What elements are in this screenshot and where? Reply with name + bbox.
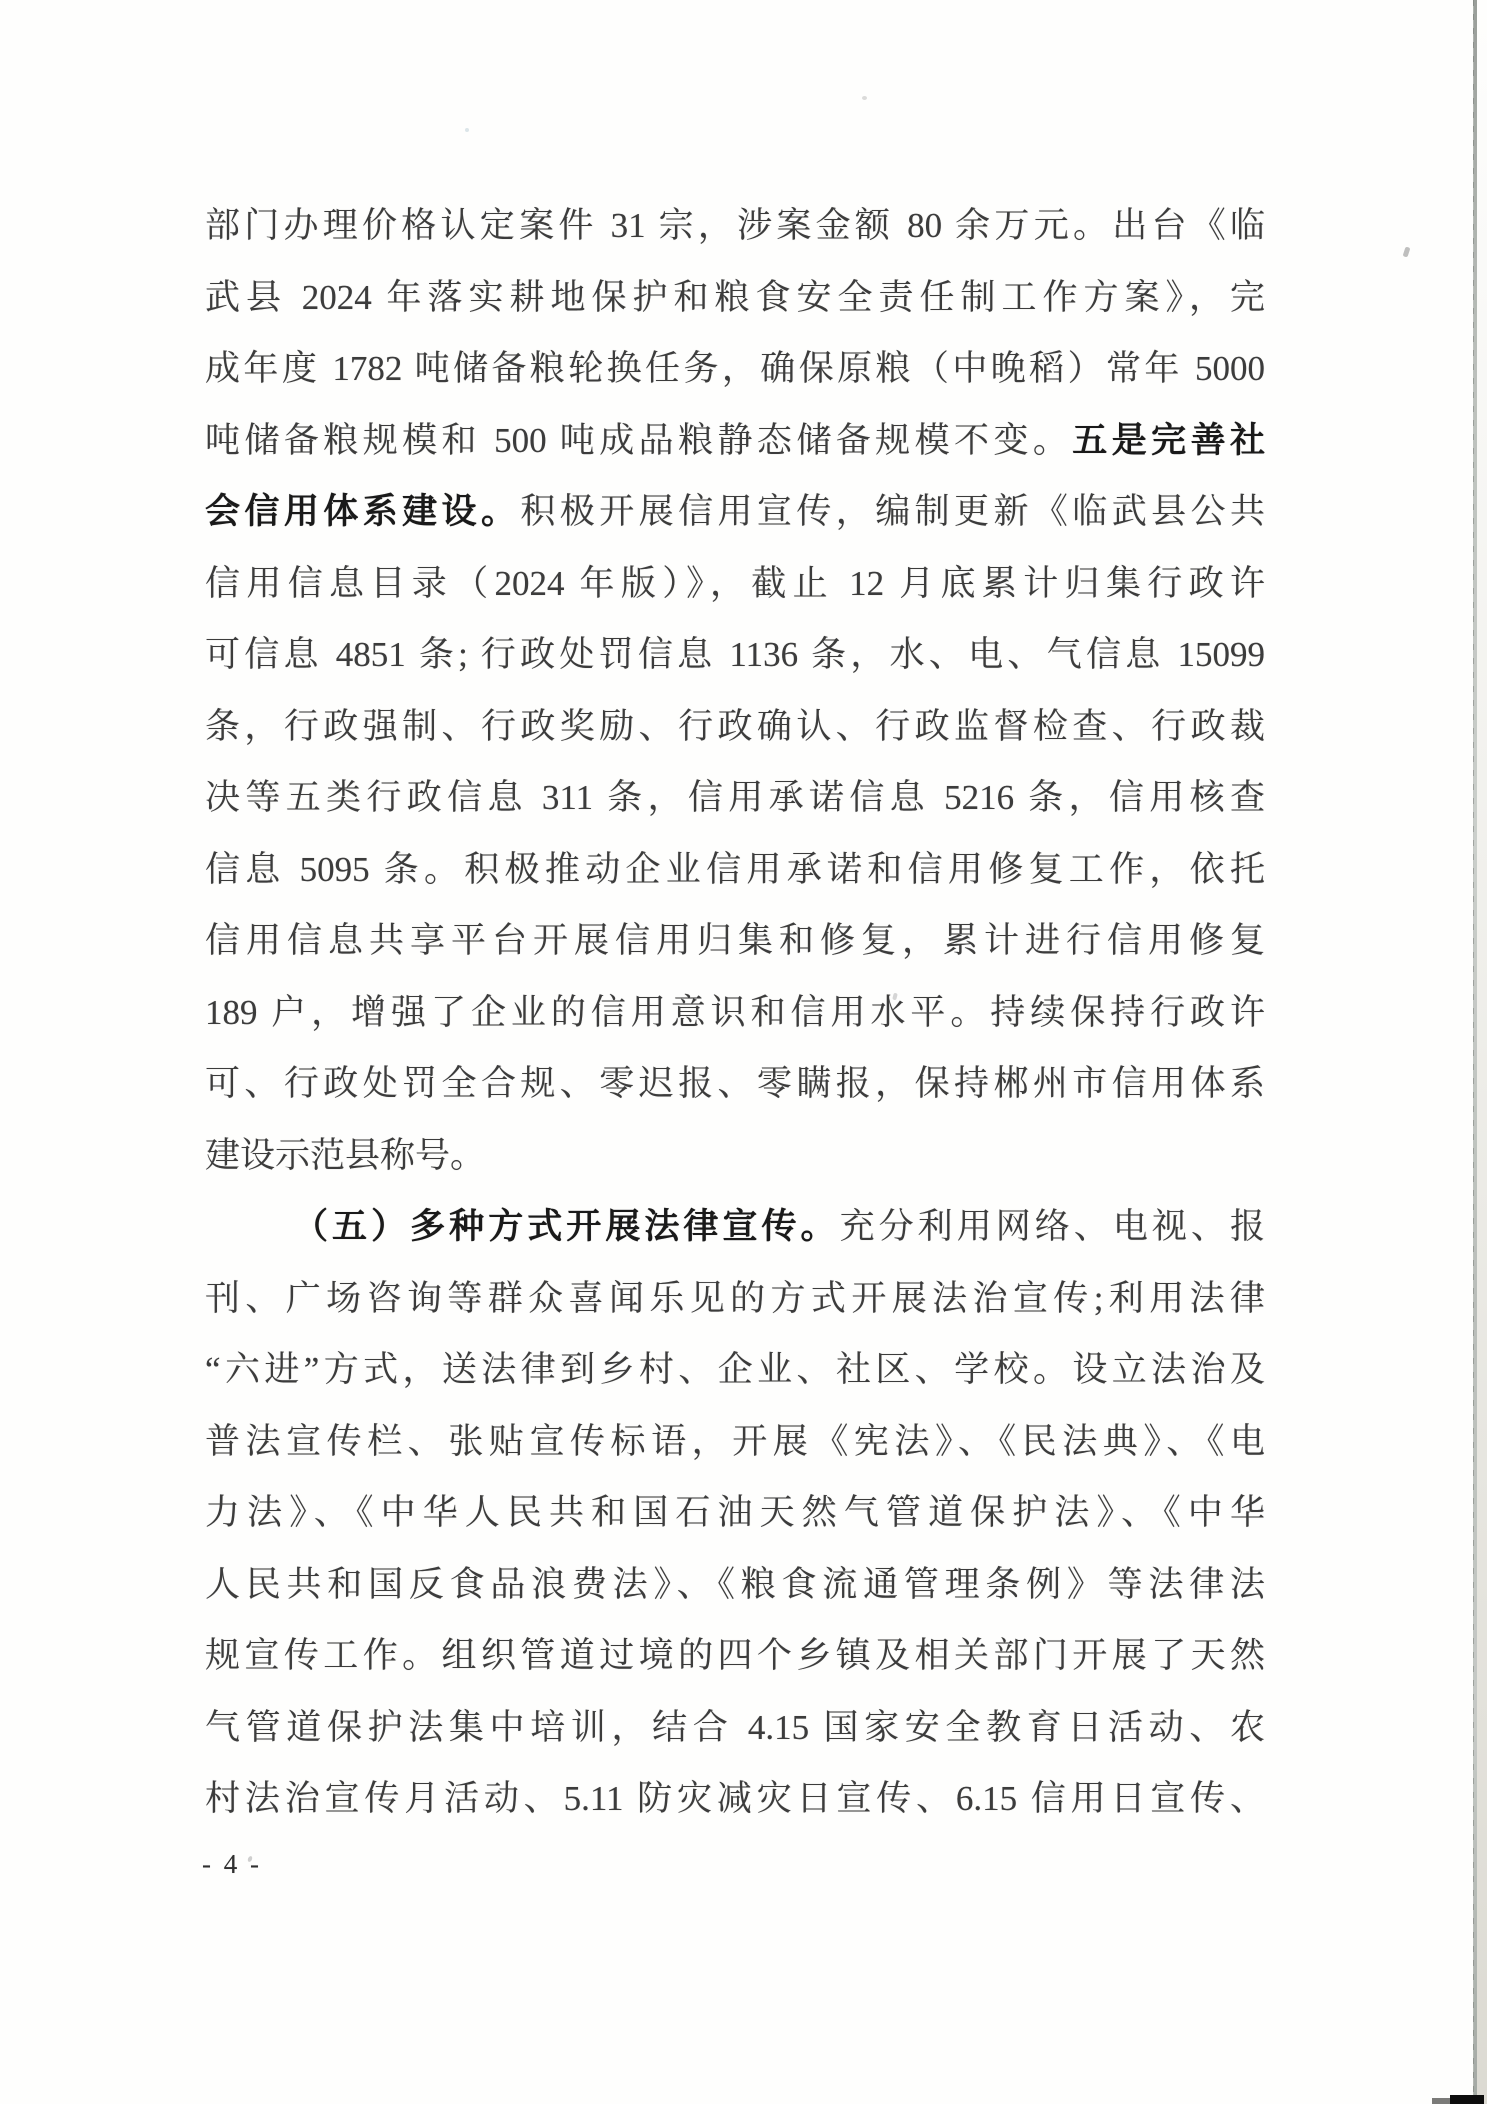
- text-line: 武县 2024 年落实耕地保护和粮食安全责任制工作方案》，完: [205, 262, 1265, 334]
- text-segment: 189 户，增强了企业的信用意识和信用水平。持续保持行政许: [205, 993, 1265, 1032]
- text-segment: 气管道保护法集中培训，结合 4.15 国家安全教育日活动、农: [205, 1708, 1265, 1747]
- text-segment: 力法》、《中华人民共和国石油天然气管道保护法》、《中华: [205, 1493, 1265, 1532]
- scan-corner-mark: [1450, 2095, 1484, 2104]
- text-line: 成年度 1782 吨储备粮轮换任务，确保原粮（中晚稻）常年 5000: [205, 333, 1265, 405]
- text-line: 村法治宣传月活动、5.11 防灾减灾日宣传、6.15 信用日宣传、: [205, 1763, 1265, 1835]
- text-segment: 部门办理价格认定案件 31 宗，涉案金额 80 余万元。出台《临: [205, 206, 1265, 245]
- text-line: 建设示范县称号。: [205, 1120, 1265, 1192]
- text-segment: 人民共和国反食品浪费法》、《粮食流通管理条例》等法律法: [205, 1565, 1265, 1604]
- text-segment: 信用信息共享平台开展信用归集和修复，累计进行信用修复: [205, 921, 1265, 960]
- text-segment-bold: 会信用体系建设。: [205, 492, 520, 531]
- text-line: 气管道保护法集中培训，结合 4.15 国家安全教育日活动、农: [205, 1692, 1265, 1764]
- text-line: 信用信息目录（2024 年版）》，截止 12 月底累计归集行政许: [205, 548, 1265, 620]
- text-line: 189 户，增强了企业的信用意识和信用水平。持续保持行政许: [205, 977, 1265, 1049]
- text-segment: 吨储备粮规模和 500 吨成品粮静态储备规模不变。: [205, 421, 1072, 460]
- scan-speck: [862, 96, 867, 100]
- text-line: 可信息 4851 条; 行政处罚信息 1136 条，水、电、气信息 15099: [205, 619, 1265, 691]
- document-body: 部门办理价格认定案件 31 宗，涉案金额 80 余万元。出台《临武县 2024 …: [205, 190, 1265, 1835]
- text-segment: 武县 2024 年落实耕地保护和粮食安全责任制工作方案》，完: [205, 278, 1265, 317]
- text-segment: 普法宣传栏、张贴宣传标语，开展《宪法》、《民法典》、《电: [205, 1422, 1265, 1461]
- text-line: 刊、广场咨询等群众喜闻乐见的方式开展法治宣传;利用法律: [205, 1263, 1265, 1335]
- text-segment: 可、行政处罚全合规、零迟报、零瞒报，保持郴州市信用体系: [205, 1064, 1265, 1103]
- page-number: - 4 -: [202, 1849, 262, 1880]
- text-segment: 建设示范县称号。: [205, 1136, 485, 1175]
- scan-speck: [465, 128, 469, 132]
- scan-corner-mark-gray: [1432, 2098, 1452, 2104]
- text-line: 信用信息共享平台开展信用归集和修复，累计进行信用修复: [205, 905, 1265, 977]
- text-line: “六进”方式，送法律到乡村、企业、社区、学校。设立法治及: [205, 1334, 1265, 1406]
- text-line: 部门办理价格认定案件 31 宗，涉案金额 80 余万元。出台《临: [205, 190, 1265, 262]
- text-segment: 规宣传工作。组织管道过境的四个乡镇及相关部门开展了天然: [205, 1636, 1265, 1675]
- text-segment: 刊、广场咨询等群众喜闻乐见的方式开展法治宣传;利用法律: [205, 1279, 1265, 1318]
- text-segment: 可信息 4851 条; 行政处罚信息 1136 条，水、电、气信息 15099: [205, 635, 1265, 674]
- text-line: 可、行政处罚全合规、零迟报、零瞒报，保持郴州市信用体系: [205, 1048, 1265, 1120]
- text-line: （五）多种方式开展法律宣传。充分利用网络、电视、报: [205, 1191, 1265, 1263]
- text-segment-bold: （五）多种方式开展法律宣传。: [293, 1207, 840, 1246]
- text-line: 条，行政强制、行政奖励、行政确认、行政监督检查、行政裁: [205, 691, 1265, 763]
- text-segment: 成年度 1782 吨储备粮轮换任务，确保原粮（中晚稻）常年 5000: [205, 349, 1265, 388]
- text-segment: 决等五类行政信息 311 条，信用承诺信息 5216 条，信用核查: [205, 778, 1265, 817]
- text-segment: 积极开展信用宣传，编制更新《临武县公共: [520, 492, 1265, 531]
- text-line: 力法》、《中华人民共和国石油天然气管道保护法》、《中华: [205, 1477, 1265, 1549]
- text-segment: 信息 5095 条。积极推动企业信用承诺和信用修复工作，依托: [205, 850, 1265, 889]
- text-segment-bold: 五是完善社: [1072, 421, 1265, 460]
- text-line: 决等五类行政信息 311 条，信用承诺信息 5216 条，信用核查: [205, 762, 1265, 834]
- scanned-document-page: 部门办理价格认定案件 31 宗，涉案金额 80 余万元。出台《临武县 2024 …: [0, 0, 1487, 2104]
- text-line: 会信用体系建设。积极开展信用宣传，编制更新《临武县公共: [205, 476, 1265, 548]
- text-line: 普法宣传栏、张贴宣传标语，开展《宪法》、《民法典》、《电: [205, 1406, 1265, 1478]
- text-segment: 充分利用网络、电视、报: [840, 1207, 1265, 1246]
- text-line: 规宣传工作。组织管道过境的四个乡镇及相关部门开展了天然: [205, 1620, 1265, 1692]
- text-segment: 信用信息目录（2024 年版）》，截止 12 月底累计归集行政许: [205, 564, 1265, 603]
- text-line: 人民共和国反食品浪费法》、《粮食流通管理条例》等法律法: [205, 1549, 1265, 1621]
- text-segment: “六进”方式，送法律到乡村、企业、社区、学校。设立法治及: [205, 1350, 1265, 1389]
- text-line: 吨储备粮规模和 500 吨成品粮静态储备规模不变。五是完善社: [205, 405, 1265, 477]
- scan-speck: [1403, 246, 1411, 257]
- text-line: 信息 5095 条。积极推动企业信用承诺和信用修复工作，依托: [205, 834, 1265, 906]
- text-segment: 条，行政强制、行政奖励、行政确认、行政监督检查、行政裁: [205, 707, 1265, 746]
- paper-edge-strip: [1477, 0, 1487, 2104]
- text-segment: 村法治宣传月活动、5.11 防灾减灾日宣传、6.15 信用日宣传、: [205, 1779, 1265, 1818]
